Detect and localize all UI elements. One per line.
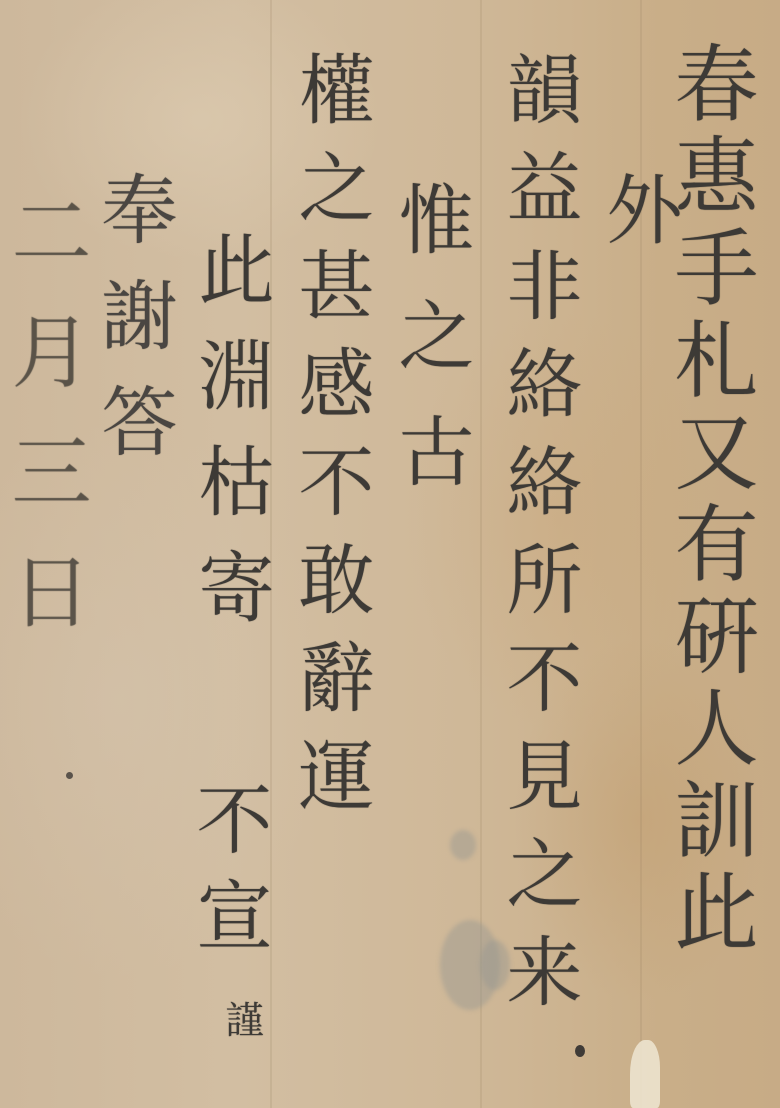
water-stain [450,830,476,860]
ink-speck [66,772,73,779]
text-column-5: 權之甚感不敢辭運 [292,50,368,834]
text-column-2: 外 [600,170,676,254]
text-column-6-closing: 不宣 [190,780,266,972]
text-column-3: 韻益非絡絡所不見之来 [500,50,576,1030]
text-column-4: 惟之古 [392,180,468,528]
signature-mark: 謹 [222,1000,260,1046]
text-column-7: 奉謝答 [95,170,171,488]
text-column-8-faint-date: 二月三日 [4,190,84,670]
paper-fold-line [640,0,642,1108]
paper-tear [630,1040,660,1108]
ink-dot [575,1045,585,1057]
text-column-6: 此淵枯寄 [192,230,268,654]
